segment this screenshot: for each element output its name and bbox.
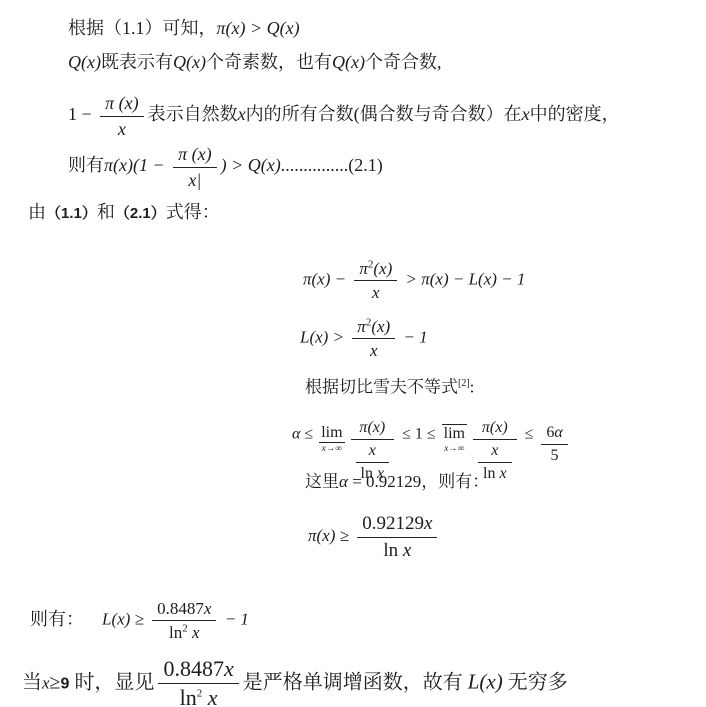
dotted-leader-eq-number: ...............(2.1) [281,155,383,175]
text-cn: 这里 [305,472,339,491]
text-cn: 中的密度， [530,104,620,124]
line-from-11-and-21: 由（1.1）和（2.1）式得： [28,198,220,228]
math-lhs: L(x) ≥ [102,610,148,629]
text-cn: 式得： [166,202,220,222]
alpha-value-text: = 0.92129，则有： [348,472,489,491]
fraction-numerator: 0.8487x [152,598,216,621]
math-pi: π [359,259,368,278]
math-lhs: π(x) ≥ [308,526,353,545]
lim-word: lim [442,424,467,443]
fraction-numerator: 0.8487x [158,656,238,684]
math-x: x [224,656,234,681]
math-rhs: > π(x) − L(x) − 1 [401,270,525,289]
text-cn: 个奇素数，也有 [206,52,332,72]
text-cn: 则有 [68,155,104,175]
math-pi: π [357,317,366,336]
ref-number-11: （1.1） [46,205,97,222]
lim-word: lim [319,424,344,443]
math-qx: Q(x) [173,52,206,72]
fraction-pi2x-over-x: π2(x)x [354,258,397,304]
text-cn: 表示自然数 [148,104,238,124]
le-sign: ≤ [521,426,538,443]
text-cn: 内的所有合数(偶合数与奇合数）在 [246,104,522,124]
math-lhs: L(x) > [300,328,348,347]
math-x: x [424,513,432,534]
line-chebyshev-label: 根据切比雪夫不等式[2]: [305,370,474,402]
math-qx: Q(x) [68,52,101,72]
formula-chebyshev-inequality: α ≤ limx→∞π(x)xln x ≤ 1 ≤ limx→∞π(x)xln … [292,402,572,468]
line-known-from-11: 根据（1.1）可知，π(x) > Q(x) [68,14,300,42]
math-coefficient: 0.8487 [157,599,204,618]
math-suffix: ) > Q(x) [221,155,281,175]
text-cn: 当 [22,671,42,693]
math-ln: ln [180,685,197,707]
text-cn: 根据（1.1）可知， [68,18,217,38]
formula-pi-minus-pi2x: π(x) − π2(x)x > π(x) − L(x) − 1 [303,258,525,304]
fraction-numerator: π2(x) [354,258,397,281]
math-x: x [204,599,212,618]
fraction-numerator: π2(x) [352,316,395,339]
fraction-08487x-over-ln2x: 0.8487xln2 x [158,656,238,707]
math-x: x [238,104,246,124]
math-x: x [202,685,217,707]
fraction-numerator: π(x) [473,418,517,440]
math-lhs: π(x) − [303,270,350,289]
fraction-denominator: ln2 x [164,621,205,643]
citation-2: [2] [458,378,470,389]
lim-subscript: x→∞ [322,445,343,455]
formula-lx-ge-08487x: 则有：L(x) ≥ 0.8487xln2 x − 1 [30,598,249,644]
line-density: 1 − π (x)x表示自然数x内的所有合数(偶合数与奇合数）在x中的密度， [68,92,620,140]
math-rhs: − 1 [399,328,427,347]
fraction-denominator: 5 [546,445,564,466]
line-formula-21: 则有π(x)(1 − π (x)x|) > Q(x)..............… [68,143,383,191]
fraction-denominator: x [365,339,383,361]
text-cn: 无穷多 [503,671,568,693]
fraction-numerator: x [356,441,390,463]
math-x: x [522,104,530,124]
math-x: x [188,623,200,642]
text-cn: 是严格单调增函数，故有 [243,671,468,693]
colon: : [470,378,475,397]
fraction-denominator: x [367,281,385,303]
text-cn: 和 [97,202,115,222]
formula-pix-ge-092129x: π(x) ≥ 0.92129xln x [308,512,441,563]
math-rhs: − 1 [220,610,248,629]
fraction-denominator: x| [183,168,206,192]
fraction-08487x-over-ln2x: 0.8487xln2 x [152,598,216,644]
math-of-x: (x) [373,259,392,278]
fraction-numerator: π (x) [100,92,144,117]
math-x: x [499,465,506,482]
fraction-numerator: 0.92129x [357,512,437,538]
fraction-denominator: ln2 x [175,684,223,707]
math-one-minus: 1 − [68,104,96,124]
math-prefix: π(x)(1 − [104,155,169,175]
text-cn: 根据切比雪夫不等式 [305,378,458,397]
math-coefficient: 0.92129 [362,513,424,534]
fraction-denominator: x [113,117,131,141]
text-cn: 时，显见 [69,671,154,693]
fraction-pix-over-x: π (x)x [100,92,144,140]
math-coefficient: 0.8487 [163,656,224,681]
fraction-numerator: π(x) [351,418,395,440]
formula-lx-gt-pi2x: L(x) > π2(x)x − 1 [300,316,428,362]
fraction-092129x-over-lnx: 0.92129xln x [357,512,437,563]
fraction-6alpha-over-5: 6α5 [541,423,567,466]
fraction-denominator: ln x [378,538,416,563]
liminf: limx→∞ [319,424,344,455]
document-page: 根据（1.1）可知，π(x) > Q(x) Q(x)既表示有Q(x)个奇素数，也… [0,0,706,707]
line-qx-meaning: Q(x)既表示有Q(x)个奇素数，也有Q(x)个奇合数, [68,48,441,76]
line-alpha-value: 这里α = 0.92129，则有： [305,468,489,496]
text-then-have: 则有： [30,609,84,629]
math-ln: ln [383,540,403,561]
ge-sign: ≥ [50,671,61,693]
fraction-pi2x-over-x: π2(x)x [352,316,395,362]
math-x: x [42,673,50,692]
math-pi-gt-q: π(x) > Q(x) [217,18,300,38]
fraction-pix-over-x: π (x)x| [173,143,217,191]
ref-number-21: （2.1） [115,205,166,222]
text-cn: 个奇合数, [365,52,442,72]
limsup: limx→∞ [442,424,467,455]
text-cn: 既表示有 [101,52,173,72]
math-ln: ln [169,623,182,642]
le-1-le: ≤ 1 ≤ [398,426,440,443]
line-conclusion: 当x≥9 时，显见0.8487xln2 x是严格单调增函数，故有 L(x) 无穷… [22,656,568,707]
math-alpha: α [339,472,348,491]
math-of-x: (x) [371,317,390,336]
math-alpha: α [554,424,562,441]
fraction-numerator: 6α [541,423,567,445]
text-cn: 由 [28,202,46,222]
math-x: x [403,540,411,561]
lim-subscript: x→∞ [444,445,465,455]
fraction-numerator: x [478,441,512,463]
le-sign: ≤ [300,426,317,443]
fraction-numerator: π (x) [173,143,217,168]
math-lx: L(x) [468,669,503,693]
math-qx: Q(x) [332,52,365,72]
